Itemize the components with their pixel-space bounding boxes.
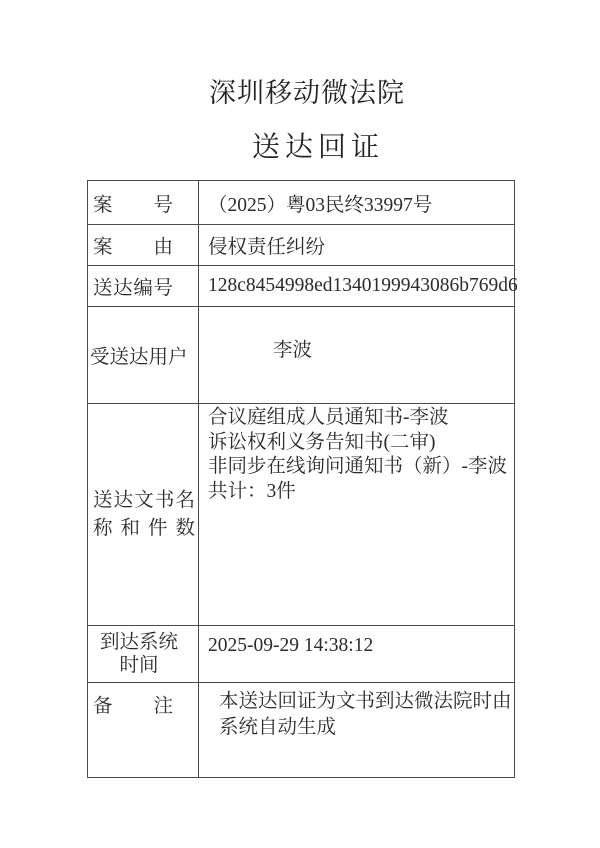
document-line: 合议庭组成人员通知书-李波 — [208, 406, 507, 431]
document-page: 深圳移动微法院 送达回证 案号 （2025）粤03民终33997号 案由 侵权责… — [0, 0, 600, 848]
remark-value: 本送达回证为文书到达微法院时由系统自动生成 — [219, 689, 514, 741]
delivery-number-label-cell: 送达编号 — [88, 266, 199, 306]
case-number-row: 案号 （2025）粤03民终33997号 — [88, 181, 514, 224]
arrival-time-label: 到达系统时间 — [97, 631, 181, 677]
case-number-value: （2025）粤03民终33997号 — [208, 189, 432, 217]
doc-subtitle: 送达回证 — [18, 131, 600, 165]
court-title: 深圳移动微法院 — [7, 76, 600, 110]
remark-value-cell: 本送达回证为文书到达微法院时由系统自动生成 — [199, 683, 514, 777]
delivery-number-row: 送达编号 128c8454998ed1340199943086b769d6 — [88, 265, 514, 306]
cause-value-cell: 侵权责任纠纷 — [199, 225, 514, 265]
arrival-time-value-cell: 2025-09-29 14:38:12 — [199, 626, 514, 682]
document-list: 合议庭组成人员通知书-李波诉讼权利义务告知书(二审)非同步在线询问通知书（新）-… — [208, 406, 507, 504]
arrival-time-value: 2025-09-29 14:38:12 — [208, 635, 373, 657]
case-number-label: 案号 — [93, 189, 173, 217]
arrival-time-label-cell: 到达系统时间 — [88, 626, 199, 682]
recipient-value-cell: 李波 — [199, 307, 514, 403]
arrival-time-row: 到达系统时间 2025-09-29 14:38:12 — [88, 625, 514, 682]
recipient-label: 受送达用户 — [90, 341, 188, 369]
documents-value-cell: 合议庭组成人员通知书-李波诉讼权利义务告知书(二审)非同步在线询问通知书（新）-… — [199, 404, 514, 625]
recipient-row: 受送达用户 李波 — [88, 306, 514, 403]
remark-label-cell: 备注 — [88, 683, 199, 777]
delivery-number-value-cell: 128c8454998ed1340199943086b769d6 — [199, 266, 514, 306]
cause-value: 侵权责任纠纷 — [208, 231, 325, 259]
recipient-value: 李波 — [273, 334, 312, 362]
document-line: 非同步在线询问通知书（新）-李波 — [208, 455, 507, 480]
document-line: 共计：3件 — [208, 480, 507, 505]
service-receipt-table: 案号 （2025）粤03民终33997号 案由 侵权责任纠纷 送达编号 128c… — [87, 180, 515, 778]
delivery-number-value: 128c8454998ed1340199943086b769d6 — [208, 275, 518, 297]
documents-label: 送达文书名称和件数 — [93, 487, 195, 543]
recipient-label-cell: 受送达用户 — [88, 307, 199, 403]
remark-row: 备注 本送达回证为文书到达微法院时由系统自动生成 — [88, 682, 514, 777]
documents-label-cell: 送达文书名称和件数 — [88, 404, 199, 625]
cause-label-cell: 案由 — [88, 225, 199, 265]
cause-row: 案由 侵权责任纠纷 — [88, 224, 514, 265]
remark-label: 备注 — [93, 690, 173, 718]
document-line: 诉讼权利义务告知书(二审) — [208, 431, 507, 456]
cause-label: 案由 — [93, 231, 173, 259]
case-number-label-cell: 案号 — [88, 181, 199, 224]
documents-row: 送达文书名称和件数 合议庭组成人员通知书-李波诉讼权利义务告知书(二审)非同步在… — [88, 403, 514, 625]
case-number-value-cell: （2025）粤03民终33997号 — [199, 181, 514, 224]
delivery-number-label: 送达编号 — [93, 272, 173, 300]
